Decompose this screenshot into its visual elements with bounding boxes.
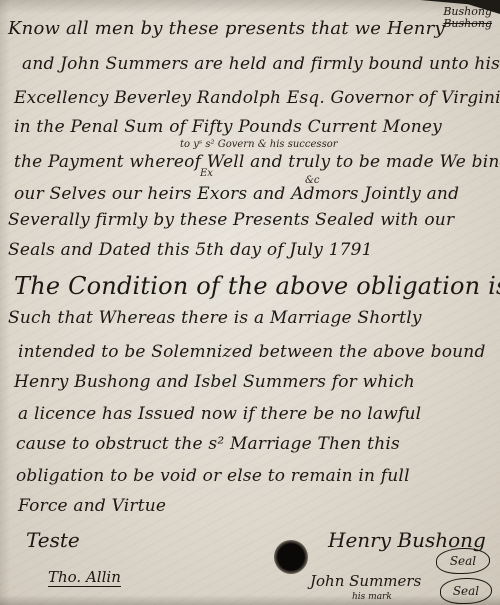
docket-name-struck: Bushong	[443, 18, 492, 30]
signature-john-summers: John Summers	[310, 572, 421, 590]
bond-line-6: our Selves our heirs Exors and Admors Jo…	[14, 184, 459, 204]
seal-john: Seal	[440, 578, 492, 604]
docket-annotation: Bushong Bushong	[443, 6, 492, 30]
bond-line-1: Know all men by these presents that we H…	[8, 18, 445, 39]
seal-label: Seal	[453, 584, 479, 598]
condition-line-2: intended to be Solemnized between the ab…	[18, 342, 486, 362]
condition-line-1: Such that Whereas there is a Marriage Sh…	[8, 308, 422, 328]
seal-henry: Seal	[436, 548, 490, 574]
witness-signature: Tho. Allin	[48, 568, 121, 587]
bond-line-7: Severally firmly by these Presents Seale…	[8, 210, 454, 230]
bond-line-8: Seals and Dated this 5th day of July 179…	[8, 240, 373, 260]
bond-line-4: in the Penal Sum of Fifty Pounds Current…	[14, 117, 442, 137]
witness-label: Teste	[26, 528, 80, 552]
condition-line-5: cause to obstruct the s² Marriage Then t…	[16, 434, 400, 454]
condition-line-6: obligation to be void or else to remain …	[16, 466, 410, 486]
document-page: Bushong Bushong Know all men by these pr…	[0, 0, 500, 605]
condition-line-7: Force and Virtue	[18, 496, 166, 516]
interlineation-ex: Ex	[200, 168, 213, 179]
his-mark-note: his mark	[352, 592, 392, 602]
bond-line-5: the Payment whereof Well and truly to be…	[14, 152, 500, 172]
condition-heading: The Condition of the above obligation is	[14, 272, 500, 300]
bond-line-2: and John Summers are held and firmly bou…	[22, 54, 500, 74]
bond-line-3: Excellency Beverley Randolph Esq. Govern…	[14, 88, 500, 108]
condition-line-4: a licence has Issued now if there be no …	[18, 404, 421, 424]
interlineation-governor: to yˢ s² Govern & his successor	[180, 139, 338, 150]
condition-line-3: Henry Bushong and Isbel Summers for whic…	[14, 372, 415, 392]
seal-label: Seal	[450, 554, 476, 568]
wax-seal-hole	[274, 540, 308, 574]
